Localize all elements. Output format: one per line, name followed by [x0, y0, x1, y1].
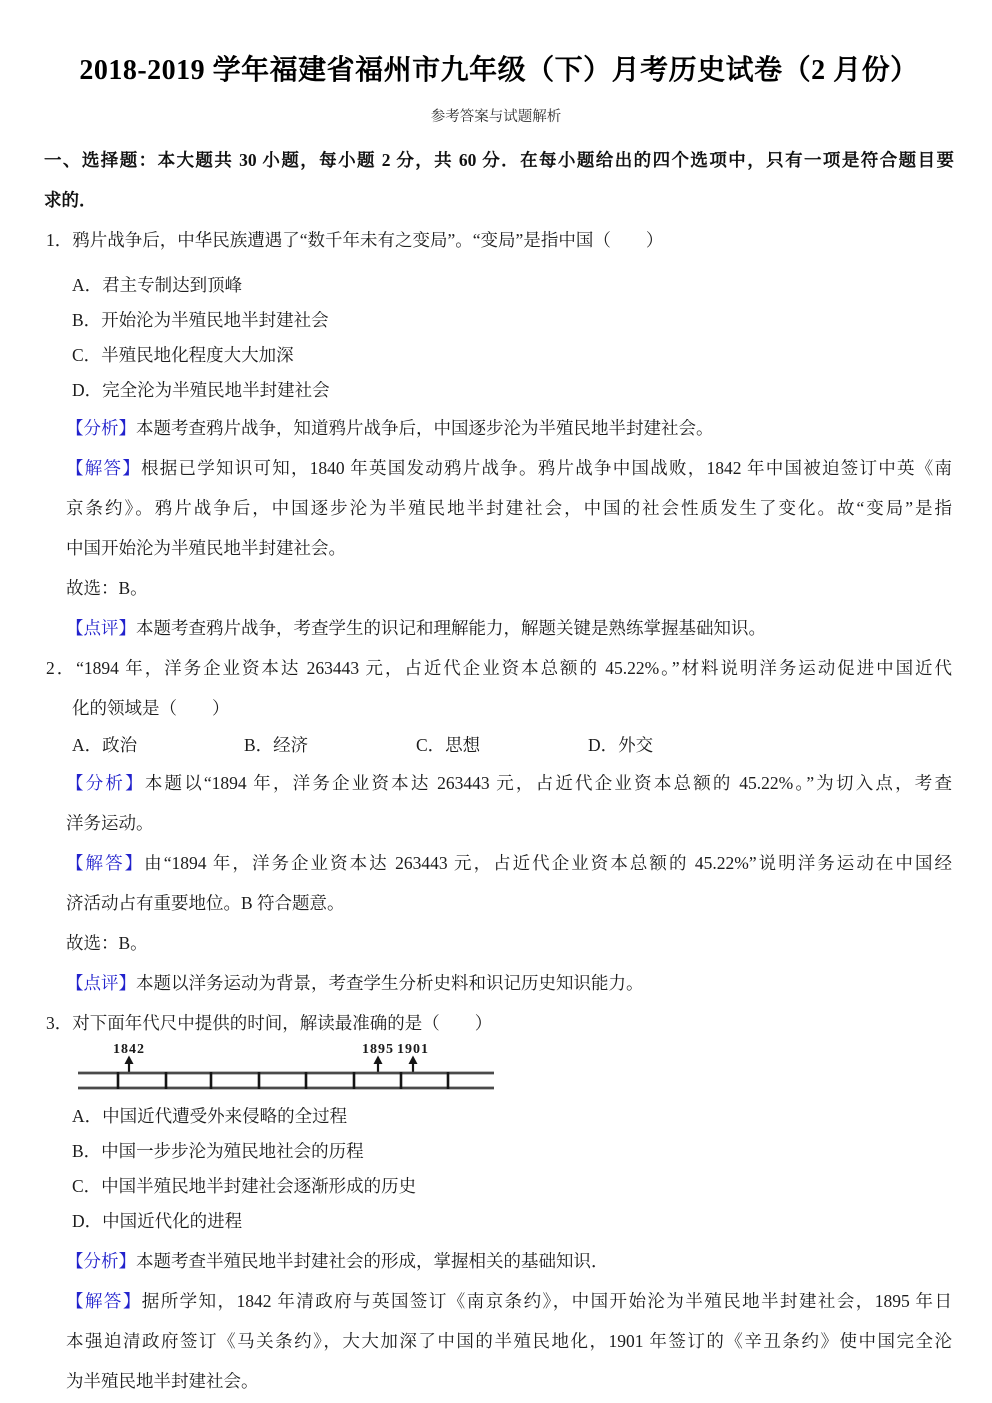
analysis-text: 本题考查鸦片战争，知道鸦片战争后，中国逐步沦为半殖民地半封建社会。 — [136, 418, 714, 438]
question-2-option-c: C．思想 — [416, 728, 588, 763]
question-2-verdict: 故选：B。 — [66, 923, 952, 963]
question-1-option-d: D．完全沦为半殖民地半封建社会 — [72, 373, 952, 408]
timeline-figure: 1842 1895 1901 — [76, 1043, 952, 1091]
answer-text-line2: 京条约》。鸦片战争后，中国逐步沦为半殖民地半封建社会，中国的社会性质发生了变化。… — [66, 488, 952, 528]
section-heading-line1: 一、选择题：本大题共 30 小题，每小题 2 分，共 60 分．在每小题给出的四… — [44, 140, 954, 180]
comment-text: 本题考查鸦片战争，考查学生的识记和理解能力，解题关键是熟练掌握基础知识。 — [136, 618, 766, 638]
question-2-option-d: D．外交 — [588, 728, 760, 763]
timeline-year-1901: 1901 — [397, 1043, 429, 1057]
question-3-option-c: C．中国半殖民地半封建社会逐渐形成的历史 — [72, 1169, 952, 1204]
answer-text-line2: 本强迫清政府签订《马关条约》，大大加深了中国的半殖民地化，1901 年签订的《辛… — [66, 1321, 952, 1361]
question-3-option-b: B．中国一步步沦为殖民地社会的历程 — [72, 1134, 952, 1169]
analysis-text: 本题考查半殖民地半封建社会的形成，掌握相关的基础知识． — [136, 1251, 609, 1271]
analysis-text-line2: 洋务运动。 — [66, 803, 952, 843]
analysis-tag: 【分析】 — [66, 1251, 136, 1271]
answer-text-line1: 由“1894 年，洋务企业资本达 263443 元，占近代企业资本总额的 45.… — [144, 853, 952, 873]
question-3-answer: 【解答】据所学知，1842 年清政府与英国签订《南京条约》，中国开始沦为半殖民地… — [66, 1281, 952, 1401]
timeline-arrow-icon — [125, 1056, 418, 1073]
question-1-option-c: C．半殖民地化程度大大加深 — [72, 338, 952, 373]
comment-text: 本题以洋务运动为背景，考查学生分析史料和识记历史知识能力。 — [136, 973, 644, 993]
question-1-answer: 【解答】根据已学知识可知，1840 年英国发动鸦片战争。鸦片战争中国战败，184… — [66, 448, 952, 608]
question-2-answer: 【解答】由“1894 年，洋务企业资本达 263443 元，占近代企业资本总额的… — [66, 843, 952, 963]
question-2-analysis: 【分析】本题以“1894 年，洋务企业资本达 263443 元，占近代企业资本总… — [66, 763, 952, 843]
question-3-options: A．中国近代遭受外来侵略的全过程 B．中国一步步沦为殖民地社会的历程 C．中国半… — [72, 1099, 952, 1239]
question-2: 2．“1894 年，洋务企业资本达 263443 元，占近代企业资本总额的 45… — [46, 648, 952, 1003]
question-2-options: A．政治B．经济C．思想D．外交 — [72, 728, 952, 763]
question-3: 3．对下面年代尺中提供的时间，解读最准确的是（ ） 1842 1895 1901 — [46, 1003, 952, 1401]
answer-text-line2: 济活动占有重要地位。B 符合题意。 — [66, 883, 952, 923]
question-1-verdict: 故选：B。 — [66, 568, 952, 608]
answer-text-line3: 中国开始沦为半殖民地半封建社会。 — [66, 528, 952, 568]
timeline-ruler — [78, 1072, 494, 1089]
section-heading: 一、选择题：本大题共 30 小题，每小题 2 分，共 60 分．在每小题给出的四… — [44, 140, 954, 220]
page-subtitle: 参考答案与试题解析 — [0, 108, 992, 126]
question-1-option-b: B．开始沦为半殖民地半封建社会 — [72, 303, 952, 338]
question-3-option-d: D．中国近代化的进程 — [72, 1204, 952, 1239]
question-1: 1．鸦片战争后，中华民族遭遇了“数千年未有之变局”。“变局”是指中国（ ） A．… — [46, 220, 952, 648]
answer-text-line3: 为半殖民地半封建社会。 — [66, 1361, 952, 1401]
comment-tag: 【点评】 — [66, 618, 136, 638]
question-2-stem-line1: 2．“1894 年，洋务企业资本达 263443 元，占近代企业资本总额的 45… — [46, 648, 952, 688]
answer-text-line1: 据所学知，1842 年清政府与英国签订《南京条约》，中国开始沦为半殖民地半封建社… — [142, 1291, 952, 1311]
page-title: 2018-2019 学年福建省福州市九年级（下）月考历史试卷（2 月份） — [0, 0, 992, 92]
answer-tag: 【解答】 — [66, 853, 144, 873]
analysis-tag: 【分析】 — [66, 418, 136, 438]
comment-tag: 【点评】 — [66, 973, 136, 993]
answer-tag: 【解答】 — [66, 458, 141, 478]
timeline-year-1895: 1895 — [362, 1043, 394, 1057]
analysis-tag: 【分析】 — [66, 773, 145, 793]
question-2-comment: 【点评】本题以洋务运动为背景，考查学生分析史料和识记历史知识能力。 — [66, 963, 952, 1003]
question-1-option-a: A．君主专制达到顶峰 — [72, 268, 952, 303]
question-1-analysis: 【分析】本题考查鸦片战争，知道鸦片战争后，中国逐步沦为半殖民地半封建社会。 — [66, 408, 952, 448]
question-2-stem-line2: 化的领域是（ ） — [72, 688, 952, 728]
question-1-options: A．君主专制达到顶峰 B．开始沦为半殖民地半封建社会 C．半殖民地化程度大大加深… — [72, 268, 952, 408]
exam-document-page: 2018-2019 学年福建省福州市九年级（下）月考历史试卷（2 月份） 参考答… — [0, 0, 992, 1403]
question-3-stem: 3．对下面年代尺中提供的时间，解读最准确的是（ ） — [46, 1003, 952, 1043]
question-3-option-a: A．中国近代遭受外来侵略的全过程 — [72, 1099, 952, 1134]
answer-tag: 【解答】 — [66, 1291, 142, 1311]
question-3-analysis: 【分析】本题考查半殖民地半封建社会的形成，掌握相关的基础知识． — [66, 1241, 952, 1281]
answer-text-line1: 根据已学知识可知，1840 年英国发动鸦片战争。鸦片战争中国战败，1842 年中… — [141, 458, 952, 478]
section-heading-line2: 求的． — [44, 180, 954, 220]
analysis-text-line1: 本题以“1894 年，洋务企业资本达 263443 元，占近代企业资本总额的 4… — [145, 773, 952, 793]
question-2-option-b: B．经济 — [244, 728, 416, 763]
question-1-comment: 【点评】本题考查鸦片战争，考查学生的识记和理解能力，解题关键是熟练掌握基础知识。 — [66, 608, 952, 648]
question-2-option-a: A．政治 — [72, 728, 244, 763]
timeline-svg: 1842 1895 1901 — [76, 1043, 496, 1091]
question-1-stem: 1．鸦片战争后，中华民族遭遇了“数千年未有之变局”。“变局”是指中国（ ） — [46, 220, 952, 260]
timeline-year-1842: 1842 — [113, 1043, 145, 1057]
